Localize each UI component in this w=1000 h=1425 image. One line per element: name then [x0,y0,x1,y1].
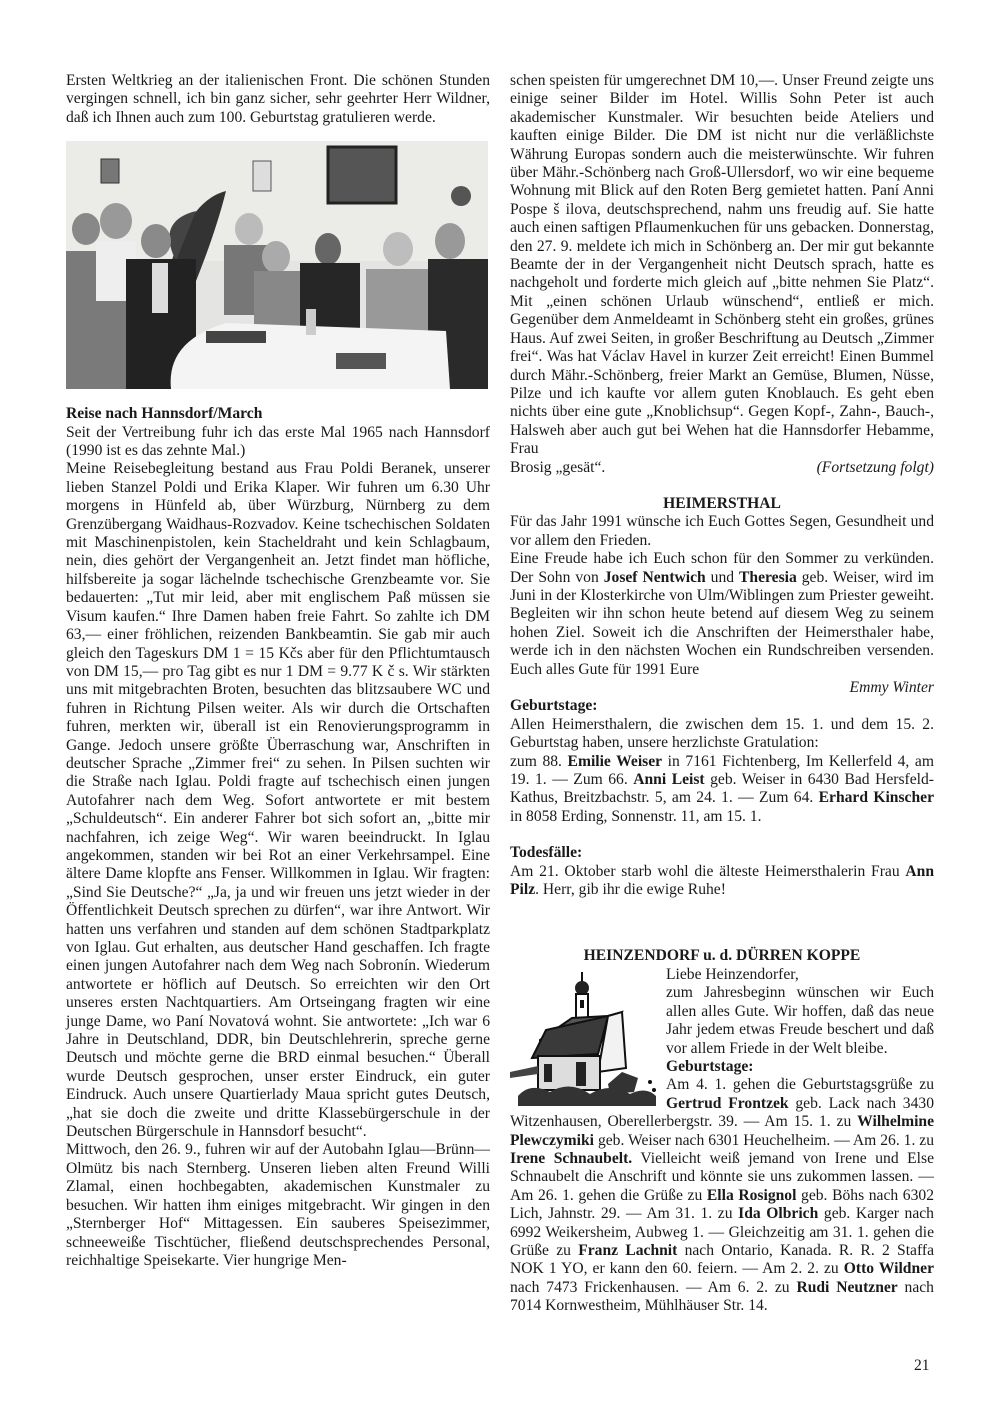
heimersthal-paragraph: Eine Freude habe ich Euch schon für den … [510,550,934,679]
right-column: schen speisten für umgerechnet DM 10,—. … [510,72,934,1316]
section-title-heimersthal: HEIMERSTHAL [510,495,934,513]
birthdays-list: zum 88. Emilie Weiser in 7161 Fichtenber… [510,753,934,827]
person-name: Irene Schnaubelt. [510,1150,632,1167]
continuation-last-line: Brosig „gesät“. [510,459,605,477]
person-name: Rudi Neutzner [796,1279,897,1296]
intro-paragraph: Ersten Weltkrieg an der italienischen Fr… [66,72,490,127]
article-paragraph: Seit der Vertreibung fuhr ich das erste … [66,424,490,461]
group-photo [66,141,488,389]
photo-image [66,141,488,389]
person-name: Josef Nentwich [604,569,706,586]
deaths-heading: Todesfälle: [510,844,934,862]
continuation-paragraph: schen speisten für umgerechnet DM 10,—. … [510,72,934,459]
birthdays-heading: Geburtstage: [510,697,934,715]
birthdays-intro: Allen Heimersthalern, die zwischen dem 1… [510,716,934,753]
deaths-text: Am 21. Oktober starb wohl die älteste He… [510,863,934,900]
article-paragraph: Meine Reisebegleitung bestand aus Frau P… [66,460,490,1141]
person-name: Erhard Kinscher [819,789,934,806]
heinzendorf-intro: Liebe Heinzendorfer, zum Jahresbeginn wü… [510,966,934,1316]
signature: Emmy Winter [510,679,934,697]
church-drawing-icon [510,968,662,1108]
article-title: Reise nach Hannsdorf/March [66,405,490,423]
person-name: Otto Wildner [844,1260,934,1277]
person-name: Franz Lachnit [578,1242,677,1259]
continuation-footer: Brosig „gesät“. (Fortsetzung folgt) [510,459,934,477]
continued-note: (Fortsetzung folgt) [817,459,934,477]
person-name: Gertrud Frontzek [666,1095,789,1112]
page-number: 21 [914,1357,930,1375]
person-name: Anni Leist [633,771,704,788]
birthdays-list: Am 4. 1. gehen die Geburtstagsgrüße zu G… [510,1076,934,1315]
person-name: Theresia [739,569,797,586]
person-name: Ella Rosignol [707,1187,797,1204]
person-name: Ida Olbrich [738,1205,818,1222]
heimersthal-paragraph: Für das Jahr 1991 wünsche ich Euch Gotte… [510,513,934,550]
article-paragraph: Mittwoch, den 26. 9., fuhren wir auf der… [66,1141,490,1270]
person-name: Emilie Weiser [568,753,663,770]
left-column: Ersten Weltkrieg an der italienischen Fr… [66,72,490,1270]
section-title-heinzendorf: HEINZENDORF u. d. DÜRREN KOPPE [510,947,934,965]
